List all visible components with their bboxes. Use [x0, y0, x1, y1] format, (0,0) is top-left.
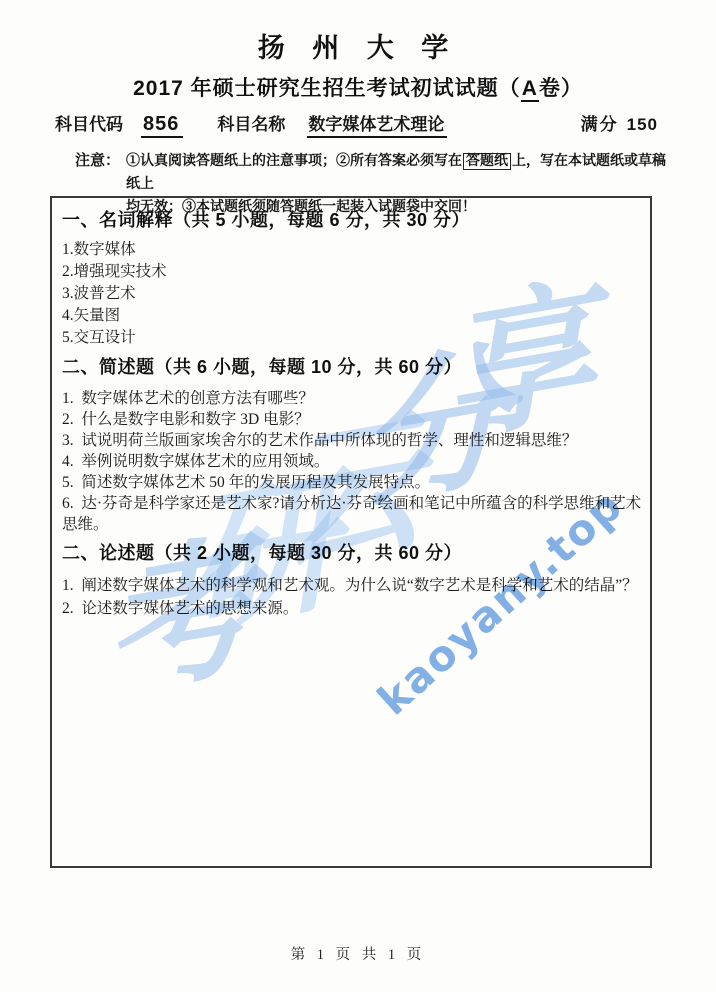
- question-item: 5.交互设计: [62, 327, 642, 349]
- notice-line1-before: ①认真阅读答题纸上的注意事项；②所有答案必须写在: [126, 154, 462, 169]
- section-heading: 二、论述题（共 2 小题，每题 30 分，共 60 分）: [62, 541, 642, 566]
- page-footer: 第 1 页 共 1 页: [0, 943, 716, 964]
- exam-title-suffix: 卷）: [539, 77, 583, 100]
- question-item: 4. 举例说明数字媒体艺术的应用领域。: [62, 451, 642, 472]
- question-item: 2. 论述数字媒体艺术的思想来源。: [62, 597, 642, 620]
- question-item: 2. 什么是数字电影和数字 3D 电影？: [62, 409, 642, 430]
- question-item: 3.波普艺术: [62, 283, 642, 305]
- question-item: 1.数字媒体: [62, 239, 642, 261]
- subject-name-label: 科目名称: [217, 110, 285, 135]
- question-box: 一、名词解释（共 5 小题，每题 6 分，共 30 分） 1.数字媒体 2.增强…: [50, 196, 652, 868]
- subject-info-row: 科目代码 856 科目名称 数字媒体艺术理论 满分150: [55, 110, 658, 138]
- notice-boxed-term: 答题纸: [463, 153, 511, 170]
- exam-title: 2017 年硕士研究生招生考试初试试题（A卷）: [0, 72, 716, 102]
- section-items: 1. 数字媒体艺术的创意方法有哪些？ 2. 什么是数字电影和数字 3D 电影？ …: [62, 388, 642, 535]
- section-items: 1.数字媒体 2.增强现实技术 3.波普艺术 4.矢量图 5.交互设计: [62, 239, 642, 349]
- question-item: 1. 数字媒体艺术的创意方法有哪些？: [62, 388, 642, 409]
- section-heading: 一、名词解释（共 5 小题，每题 6 分，共 30 分）: [62, 208, 642, 233]
- question-item: 6. 达·芬奇是科学家还是艺术家?请分析达·芬奇绘画和笔记中所蕴含的科学思维和艺…: [62, 493, 642, 535]
- question-item: 5. 简述数字媒体艺术 50 年的发展历程及其发展特点。: [62, 472, 642, 493]
- full-score-value: 150: [627, 115, 658, 134]
- exam-variant-letter: A: [521, 77, 539, 102]
- university-name: 扬 州 大 学: [0, 26, 716, 65]
- full-score-label: 满分: [581, 115, 619, 134]
- section-heading: 二、简述题（共 6 小题，每题 10 分，共 60 分）: [62, 355, 642, 380]
- question-item: 1. 阐述数字媒体艺术的科学观和艺术观。为什么说“数字艺术是科学和艺术的结晶”？: [62, 574, 642, 597]
- subject-code-label: 科目代码: [55, 110, 123, 135]
- full-score: 满分150: [581, 110, 658, 135]
- section-items: 1. 阐述数字媒体艺术的科学观和艺术观。为什么说“数字艺术是科学和艺术的结晶”？…: [62, 574, 642, 620]
- subject-name-value: 数字媒体艺术理论: [307, 110, 447, 138]
- question-item: 2.增强现实技术: [62, 261, 642, 283]
- subject-code-value: 856: [141, 113, 183, 138]
- exam-paper-page: 考 研 云 分 享 kaoyany.top 扬 州 大 学 2017 年硕士研究…: [0, 0, 716, 992]
- exam-title-prefix: 2017 年硕士研究生招生考试初试试题（: [133, 77, 521, 100]
- question-item: 4.矢量图: [62, 305, 642, 327]
- question-item: 3. 试说明荷兰版画家埃舍尔的艺术作品中所体现的哲学、理性和逻辑思维？: [62, 430, 642, 451]
